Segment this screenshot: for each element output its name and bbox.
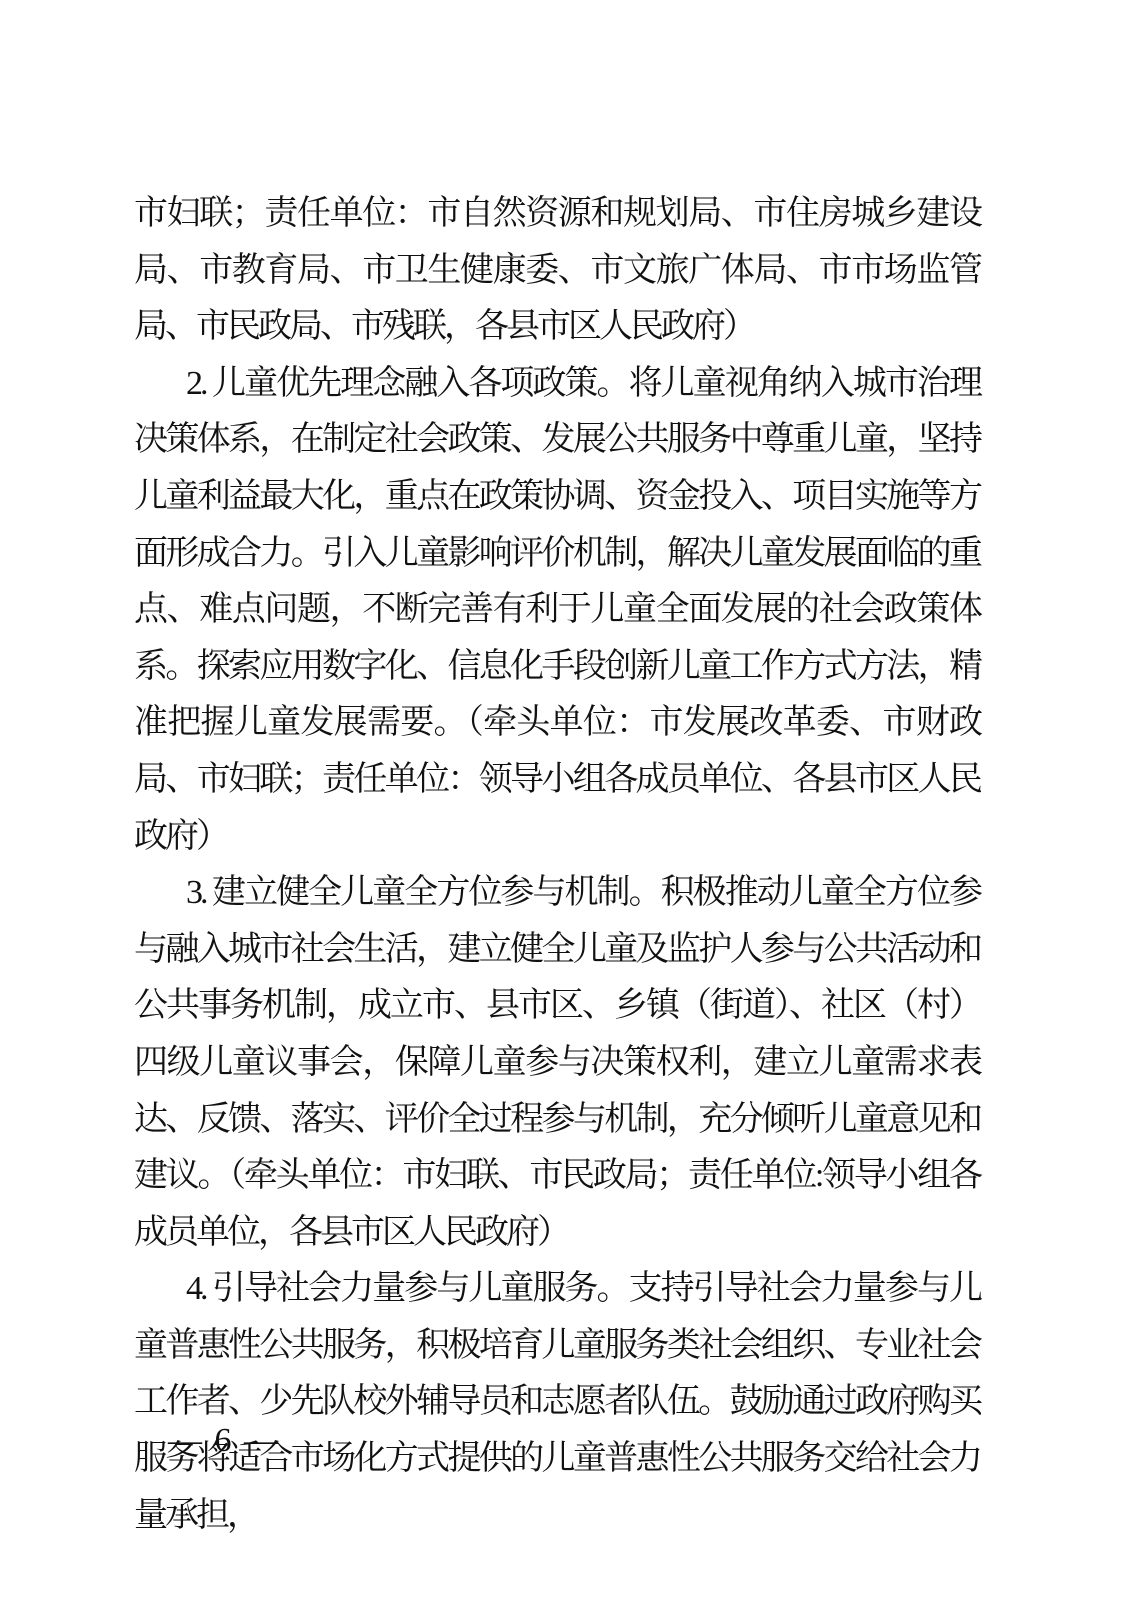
page-number: — 6 — [168, 1422, 280, 1459]
paragraph-item-2: 2. 儿童优先理念融入各项政策。将儿童视角纳入城市治理决策体系，在制定社会政策、… [134, 356, 980, 865]
document-page: 市妇联；责任单位：市自然资源和规划局、市住房城乡建设局、市教育局、市卫生健康委、… [0, 0, 1130, 1600]
paragraph-item-4: 4. 引导社会力量参与儿童服务。支持引导社会力量参与儿童普惠性公共服务，积极培育… [134, 1261, 980, 1544]
paragraph-continuation: 市妇联；责任单位：市自然资源和规划局、市住房城乡建设局、市教育局、市卫生健康委、… [134, 186, 980, 356]
page-footer: — 6 — [168, 1422, 280, 1460]
document-body: 市妇联；责任单位：市自然资源和规划局、市住房城乡建设局、市教育局、市卫生健康委、… [134, 186, 980, 1544]
paragraph-item-3: 3. 建立健全儿童全方位参与机制。积极推动儿童全方位参与融入城市社会生活，建立健… [134, 865, 980, 1261]
